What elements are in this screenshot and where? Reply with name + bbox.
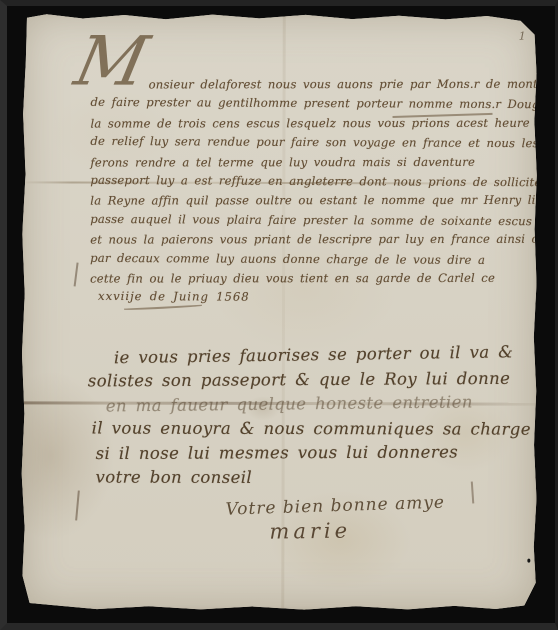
pen-mark — [75, 490, 79, 520]
letter-line: par decaux comme luy auons donne charge … — [90, 249, 558, 271]
signature-marie: marie — [269, 518, 351, 543]
letter-line: onsieur delaforest nous vous auons prie … — [91, 75, 558, 95]
letter-line: la somme de trois cens escus lesquelz no… — [90, 114, 558, 134]
closing-salutation: Votre bien bonne amye — [225, 493, 445, 520]
letter-body: onsieur delaforest nous vous auons prie … — [90, 75, 558, 309]
letter-line: et nous la paierons vous priant de lescr… — [90, 230, 558, 250]
letter-line: de faire prester au gentilhomme present … — [90, 93, 558, 115]
letter-line: passe auquel il vous plaira faire preste… — [90, 210, 558, 232]
postscript-line: votre bon conseil — [96, 465, 531, 491]
postscript-line: en ma faueur quelque honeste entretien — [106, 390, 531, 419]
postscript-line: il vous enuoyra & nous communiques sa ch… — [92, 416, 531, 442]
letter-line: ferons rendre a tel terme que luy voudra… — [90, 152, 558, 172]
postscript-line: si il nose lui mesmes vous lui donneres — [96, 441, 531, 467]
paper-hole — [527, 559, 530, 563]
postscript-autograph: ie vous pries fauorises se porter ou il … — [88, 342, 532, 491]
letter-line: cette fin ou le priuay dieu vous tient e… — [90, 269, 558, 289]
letter-line: la Reyne affin quil passe oultre ou esta… — [90, 191, 558, 211]
letter-line: de relief luy sera rendue pour faire son… — [90, 132, 558, 154]
pen-mark — [74, 262, 78, 286]
letter-line: passeport luy a est reffuze en angleterr… — [90, 171, 558, 193]
photo-background: 1 M onsieur delaforest nous vous auons p… — [0, 0, 558, 630]
folio-number: 1 — [519, 30, 526, 43]
paper: 1 M onsieur delaforest nous vous auons p… — [19, 12, 539, 612]
